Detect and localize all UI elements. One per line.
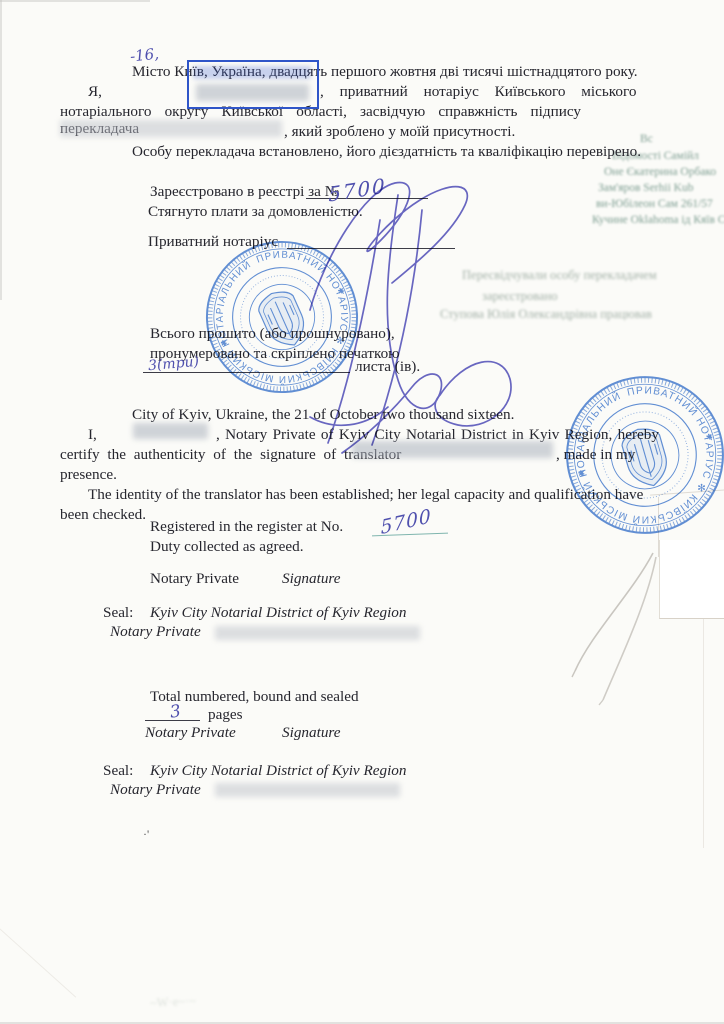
en-line-2-pre: I, bbox=[88, 426, 97, 443]
redaction-seal-name-2 bbox=[215, 783, 400, 797]
notary-signature-ink bbox=[280, 165, 540, 465]
uk-line-5: Особу перекладача встановлено, його дієз… bbox=[132, 143, 641, 160]
en-duty-line: Duty collected as agreed. bbox=[150, 538, 304, 555]
en-registered-label: Registered in the register at No. bbox=[150, 518, 343, 535]
seal-notary-2: Notary Private bbox=[110, 781, 201, 798]
scanned-notarial-document: Вс Відомості Самійл Оне Єкатерина Орбако… bbox=[0, 0, 724, 1024]
fold-line-vertical-lower bbox=[703, 618, 704, 848]
scan-edge-left bbox=[0, 0, 2, 300]
en-pages-label: pages bbox=[208, 706, 243, 723]
binding-thread bbox=[550, 545, 680, 715]
seal-notary-1: Notary Private bbox=[110, 623, 201, 640]
pages-line-en bbox=[145, 720, 200, 721]
notary-round-stamp-2: ПРИВАТНИЙ НОТАРІУС ✻ КИЇВСЬКИЙ МІСЬКИЙ Н… bbox=[563, 373, 724, 537]
seal-label-2: Seal: bbox=[103, 762, 133, 779]
uk-line-4-post: , який зроблено у моїй присутності. bbox=[284, 123, 515, 140]
bleed-through-line: Вс bbox=[640, 133, 653, 145]
redaction-translator-uk bbox=[60, 120, 282, 137]
uk-line-2-post: , приватний нотаріус Київського міського bbox=[320, 83, 636, 100]
en-line-5: The identity of the translator has been … bbox=[88, 486, 643, 503]
bleed-through-line: Оне Єкатерина Орбако bbox=[604, 166, 716, 178]
bleed-through-line: ви-Юбілеон Сам 261/57 bbox=[596, 198, 713, 210]
en-notary-label: Notary Private bbox=[150, 570, 239, 587]
bleed-through-line: Кучине Oklahoma ід Кяїв Сб bbox=[592, 214, 724, 226]
redaction-seal-name-1 bbox=[215, 626, 420, 640]
stray-pen-mark: ·' bbox=[143, 826, 149, 843]
seal-label-1: Seal: bbox=[103, 604, 133, 621]
redaction-name-en bbox=[133, 423, 208, 439]
redaction-box bbox=[187, 60, 319, 109]
en-notary-label-2: Notary Private bbox=[145, 724, 236, 741]
seal-text-1: Kyiv City Notarial District of Kyiv Regi… bbox=[150, 604, 406, 621]
uk-line-2-pre: Я, bbox=[88, 83, 102, 100]
en-signature-label-2: Signature bbox=[282, 724, 341, 741]
en-signature-label: Signature bbox=[282, 570, 341, 587]
en-line-4: presence. bbox=[60, 466, 117, 483]
en-total-line-1: Total numbered, bound and sealed bbox=[150, 688, 359, 705]
bleed-through-smudge: ~W·e~·~ bbox=[150, 994, 197, 1011]
scan-edge-top bbox=[0, 0, 150, 2]
en-line-6: been checked. bbox=[60, 506, 146, 523]
corner-crease bbox=[0, 923, 76, 997]
svg-text:✱: ✱ bbox=[705, 432, 714, 443]
bleed-through-line: Зам'яров Serhii Kub bbox=[598, 182, 693, 194]
seal-text-2: Kyiv City Notarial District of Kyiv Regi… bbox=[150, 762, 406, 779]
